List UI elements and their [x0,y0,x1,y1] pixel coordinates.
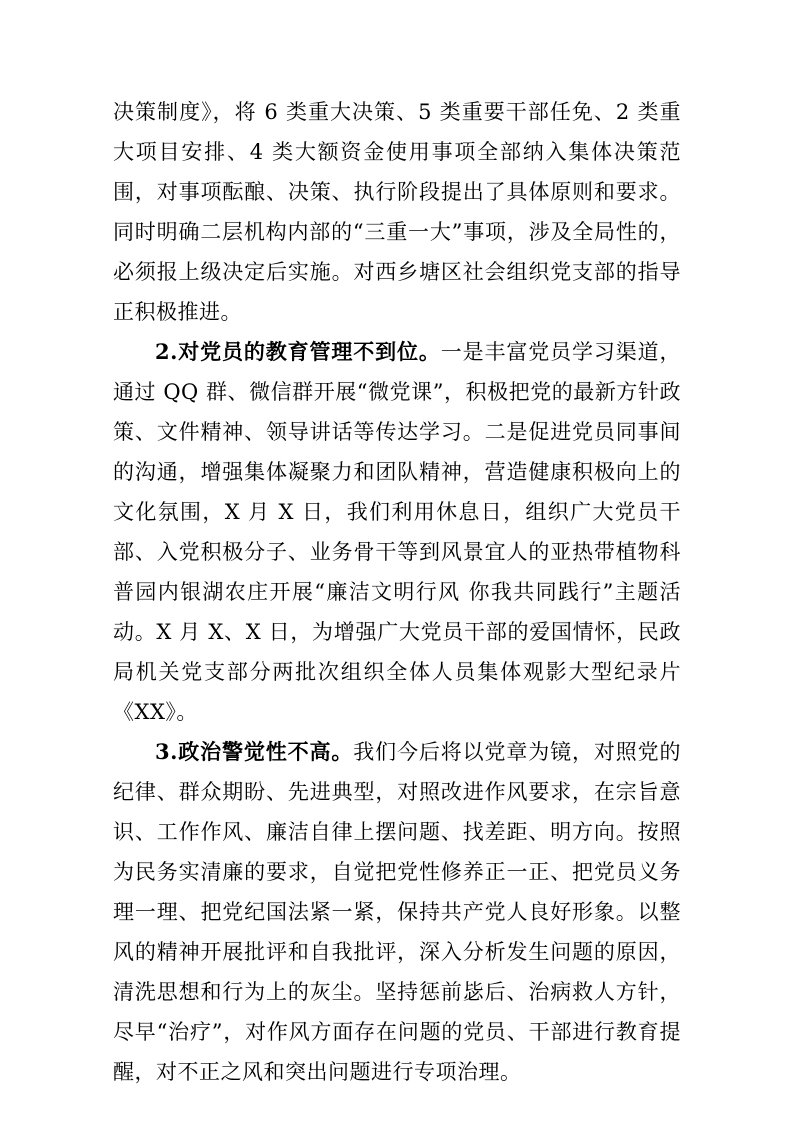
paragraph-text: 我们今后将以党章为镜，对照党的纪律、群众期盼、先进典型，对照改进作风要求，在宗旨… [113,740,681,1084]
paragraph-lead: 3.政治警觉性不高。 [155,739,353,764]
paragraph-text: 决策制度》，将 6 类重大决策、5 类重要干部任免、2 类重大项目安排、4 类大… [113,100,681,324]
paragraph-lead: 2.对党员的教育管理不到位。 [155,339,441,364]
document-page: 决策制度》，将 6 类重大决策、5 类重要干部任免、2 类重大项目安排、4 类大… [0,0,793,1122]
paragraph-continuation: 决策制度》，将 6 类重大决策、5 类重要干部任免、2 类重大项目安排、4 类大… [113,92,681,332]
paragraph-2: 2.对党员的教育管理不到位。一是丰富党员学习渠道，通过 QQ 群、微信群开展“微… [113,332,681,732]
paragraph-text: 一是丰富党员学习渠道，通过 QQ 群、微信群开展“微党课”，积极把党的最新方针政… [113,340,681,724]
paragraph-3: 3.政治警觉性不高。我们今后将以党章为镜，对照党的纪律、群众期盼、先进典型，对照… [113,732,681,1092]
